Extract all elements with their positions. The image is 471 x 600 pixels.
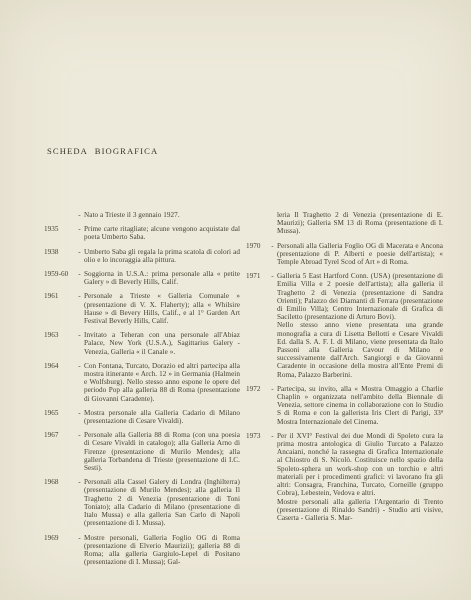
entry-text: Con Fontana, Turcato, Dorazio ed altri p… xyxy=(84,362,240,403)
entry-year: 1967 xyxy=(41,431,75,472)
bio-entry-1970: 1970 - Personali alla Galleria Foglio OG… xyxy=(244,242,443,267)
bio-entry-1967: 1967 - Personale alla Galleria 88 di Rom… xyxy=(41,431,240,472)
bio-entry-1971: 1971 - Galleria 5 East Hartford Conn. (U… xyxy=(244,272,443,379)
bio-entry-1969: 1969 - Mostre personali, Galleria Foglio… xyxy=(41,534,240,567)
entry-dash: - xyxy=(75,409,84,425)
entry-text: Personali alla Cassel Galery di Londra (… xyxy=(84,478,240,527)
bio-entry-1965: 1965 - Mostra personale alla Galleria Ca… xyxy=(41,409,240,425)
bio-entry-1935: 1935 - Prime carte ritagliate; alcune ve… xyxy=(41,225,240,241)
entry-year: 1961 xyxy=(41,292,75,325)
left-column: - Nato a Trieste il 3 gennaio 1927. 1935… xyxy=(41,211,240,572)
entry-text: Umberto Saba gli regala la prima scatola… xyxy=(84,248,240,264)
entry-year: 1965 xyxy=(41,409,75,425)
entry-dash: - xyxy=(75,292,84,325)
entry-year: 1964 xyxy=(41,362,75,403)
entry-year: 1971 xyxy=(244,272,268,379)
entry-text: Mostre personali, Galleria Foglio OG di … xyxy=(84,534,240,567)
entry-year: 1959-60 xyxy=(41,270,75,286)
entry-dash: - xyxy=(75,534,84,567)
entry-dash: - xyxy=(75,211,84,219)
bio-entry-birth: - Nato a Trieste il 3 gennaio 1927. xyxy=(41,211,240,219)
bio-entry-1961: 1961 - Personale a Trieste « Galleria Co… xyxy=(41,292,240,325)
entry-year: 1973 xyxy=(244,432,268,522)
bio-entry-1964: 1964 - Con Fontana, Turcato, Dorazio ed … xyxy=(41,362,240,403)
entry-year xyxy=(41,211,75,219)
entry-text: leria Il Traghetto 2 di Venezia (present… xyxy=(277,211,443,236)
entry-text: Invitato a Teheran con una personale all… xyxy=(84,331,240,356)
entry-text: Soggiorna in U.S.A.: prima personale all… xyxy=(84,270,240,286)
entry-dash xyxy=(268,211,277,236)
entry-text: Mostra personale alla Galleria Cadario d… xyxy=(84,409,240,425)
entry-dash: - xyxy=(75,478,84,527)
right-column: leria Il Traghetto 2 di Venezia (present… xyxy=(244,211,443,572)
bio-entry-1963: 1963 - Invitato a Teheran con una person… xyxy=(41,331,240,356)
bio-entry-1938: 1938 - Umberto Saba gli regala la prima … xyxy=(41,248,240,264)
entry-year: 1972 xyxy=(244,385,268,426)
entry-text: Personali alla Galleria Foglio OG di Mac… xyxy=(277,242,443,267)
entry-text: Personale alla Galleria 88 di Roma (con … xyxy=(84,431,240,472)
entry-text: Nato a Trieste il 3 gennaio 1927. xyxy=(84,211,240,219)
bio-entry-1972: 1972 - Partecipa, su invito, alla « Most… xyxy=(244,385,443,426)
entry-dash: - xyxy=(75,270,84,286)
page-title: SCHEDA BIOGRAFICA xyxy=(47,146,158,156)
entry-dash: - xyxy=(75,362,84,403)
bio-entry-1968: 1968 - Personali alla Cassel Galery di L… xyxy=(41,478,240,527)
entry-text: Personale a Trieste « Galleria Comunale … xyxy=(84,292,240,325)
entry-year: 1968 xyxy=(41,478,75,527)
entry-year: 1963 xyxy=(41,331,75,356)
entry-dash: - xyxy=(75,331,84,356)
bio-entry-1973: 1973 - Per il XVI° Festival dei due Mond… xyxy=(244,432,443,522)
entry-dash: - xyxy=(268,272,277,379)
biography-columns: - Nato a Trieste il 3 gennaio 1927. 1935… xyxy=(41,211,443,572)
entry-year: 1935 xyxy=(41,225,75,241)
entry-year: 1969 xyxy=(41,534,75,567)
entry-text: Prime carte ritagliate; alcune vengono a… xyxy=(84,225,240,241)
entry-dash: - xyxy=(75,431,84,472)
entry-year: 1970 xyxy=(244,242,268,267)
entry-dash: - xyxy=(268,385,277,426)
book-page: SCHEDA BIOGRAFICA - Nato a Trieste il 3 … xyxy=(0,0,471,600)
entry-text: Partecipa, su invito, alla « Mostra Omag… xyxy=(277,385,443,426)
entry-dash: - xyxy=(75,248,84,264)
bio-entry-1959-60: 1959-60 - Soggiorna in U.S.A.: prima per… xyxy=(41,270,240,286)
entry-dash: - xyxy=(75,225,84,241)
entry-year: 1938 xyxy=(41,248,75,264)
entry-dash: - xyxy=(268,432,277,522)
entry-text: Per il XVI° Festival dei due Mondi di Sp… xyxy=(277,432,443,522)
entry-dash: - xyxy=(268,242,277,267)
entry-year xyxy=(244,211,268,236)
entry-text: Galleria 5 East Hartford Conn. (USA) (pr… xyxy=(277,272,443,379)
bio-entry-1969-continued: leria Il Traghetto 2 di Venezia (present… xyxy=(244,211,443,236)
